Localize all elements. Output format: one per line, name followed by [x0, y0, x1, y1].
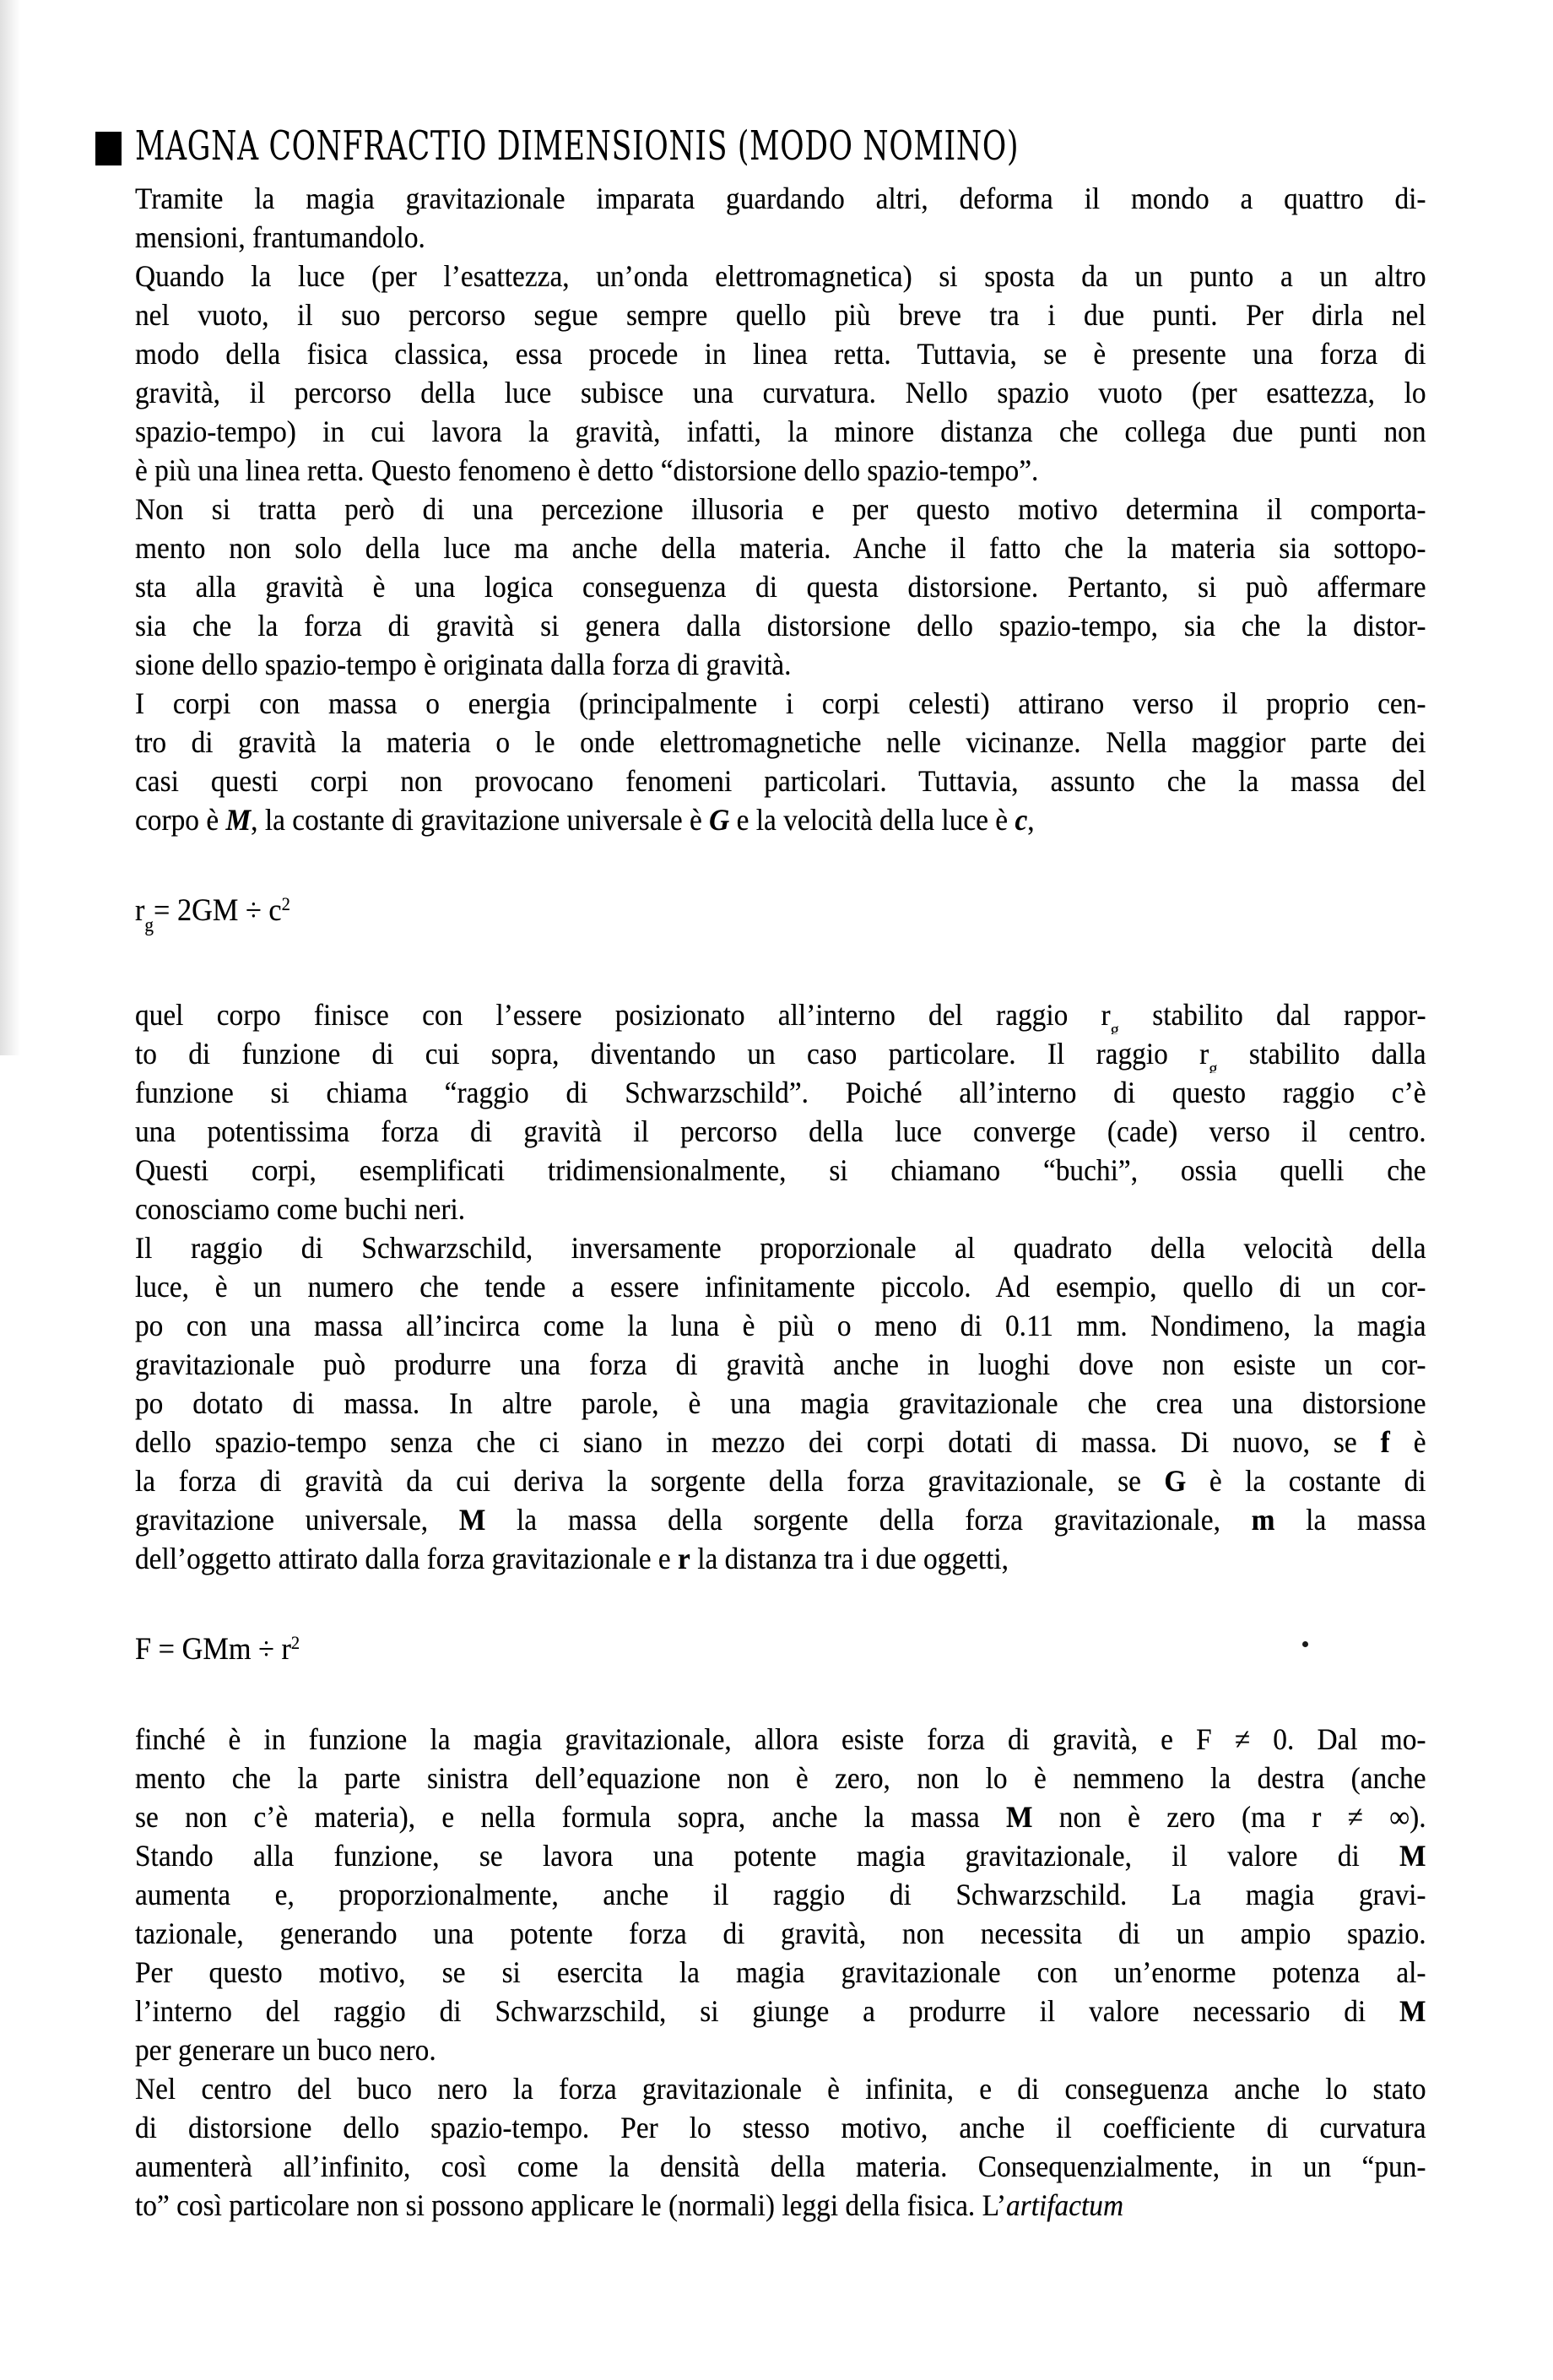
text-segment: sione dello spazio-tempo è originata dal…	[135, 648, 791, 681]
text-segment: tro di gravità la materia o le onde elet…	[135, 725, 1426, 759]
text-segment: mento che la parte sinistra dell’equazio…	[135, 1761, 1426, 1795]
text-segment: stabilito dalla	[1218, 1037, 1426, 1071]
text-line: corpo è M, la costante di gravitazione u…	[135, 800, 1426, 839]
text-segment: conosciamo come buchi neri.	[135, 1192, 465, 1226]
text-segment: sta alla gravità è una logica conseguenz…	[135, 570, 1426, 604]
text-segment: sia che la forza di gravità si genera da…	[135, 609, 1426, 642]
text-segment: Stando alla funzione, se lavora una pote…	[135, 1839, 1399, 1873]
styled-text-segment: 2	[282, 893, 290, 914]
text-segment: l’interno del raggio di Schwarzschild, s…	[135, 1994, 1399, 2028]
styled-text-segment: m	[1252, 1503, 1275, 1537]
styled-text-segment: g	[144, 914, 154, 935]
text-line: tro di gravità la materia o le onde elet…	[135, 723, 1426, 762]
text-line: mensioni, frantumandolo.	[135, 218, 1426, 257]
formula: rg= 2GM ÷ c2	[135, 885, 1426, 945]
paragraph: Tramite la magia gravitazionale imparata…	[135, 179, 1426, 257]
text-line: casi questi corpi non provocano fenomeni…	[135, 762, 1426, 800]
text-segment: po con una massa all’incirca come la lun…	[135, 1309, 1426, 1342]
text-line: la forza di gravità da cui deriva la sor…	[135, 1461, 1426, 1500]
text-segment: Nel centro del buco nero la forza gravit…	[135, 2072, 1426, 2106]
text-line: po con una massa all’incirca come la lun…	[135, 1306, 1426, 1345]
text-segment: è	[1390, 1425, 1426, 1459]
text-line: Questi corpi, esemplificati tridimension…	[135, 1151, 1426, 1190]
text-line: Il raggio di Schwarzschild, inversamente…	[135, 1228, 1426, 1267]
text-line: conosciamo come buchi neri.	[135, 1190, 1426, 1228]
scan-speckle	[1302, 1641, 1308, 1647]
paragraph: Quando la luce (per l’esattezza, un’onda…	[135, 257, 1426, 490]
styled-text-segment: f	[1381, 1425, 1390, 1459]
text-segment: modo della fisica classica, essa procede…	[135, 337, 1426, 371]
text-line: è più una linea retta. Questo fenomeno è…	[135, 451, 1426, 490]
styled-text-segment: g	[1111, 1018, 1119, 1034]
text-line: sione dello spazio-tempo è originata dal…	[135, 645, 1426, 684]
text-line: aumenterà all’infinito, così come la den…	[135, 2147, 1426, 2186]
styled-text-segment: c	[1015, 803, 1027, 837]
styled-text-segment: g	[1209, 1057, 1217, 1073]
text-line: dell’oggetto attirato dalla forza gravit…	[135, 1539, 1426, 1578]
text-line: dello spazio-tempo senza che ci siano in…	[135, 1423, 1426, 1461]
text-line: per generare un buco nero.	[135, 2030, 1426, 2069]
text-line: to” così particolare non si possono appl…	[135, 2186, 1426, 2225]
text-line: gravità, il percorso della luce subisce …	[135, 373, 1426, 412]
text-line: aumenta e, proporzionalmente, anche il r…	[135, 1875, 1426, 1914]
text-line: funzione si chiama “raggio di Schwarzsch…	[135, 1073, 1426, 1112]
text-line: mento che la parte sinistra dell’equazio…	[135, 1759, 1426, 1797]
text-line: l’interno del raggio di Schwarzschild, s…	[135, 1992, 1426, 2030]
text-segment: è la costante di	[1186, 1464, 1426, 1498]
text-line: po dotato di massa. In altre parole, è u…	[135, 1384, 1426, 1423]
text-segment: quel corpo finisce con l’essere posizion…	[135, 998, 1111, 1032]
styled-text-segment: artifactum	[1006, 2188, 1123, 2222]
text-line: di distorsione dello spazio-tempo. Per l…	[135, 2108, 1426, 2147]
text-segment: I corpi con massa o energia (principalme…	[135, 686, 1426, 720]
text-line: sta alla gravità è una logica conseguenz…	[135, 567, 1426, 606]
text-line: finché è in funzione la magia gravitazio…	[135, 1720, 1426, 1759]
text-line: Nel centro del buco nero la forza gravit…	[135, 2069, 1426, 2108]
text-segment: Quando la luce (per l’esattezza, un’onda…	[135, 259, 1426, 293]
paragraph: Nel centro del buco nero la forza gravit…	[135, 2069, 1426, 2225]
text-line: to di funzione di cui sopra, diventando …	[135, 1034, 1426, 1073]
text-segment: dello spazio-tempo senza che ci siano in…	[135, 1425, 1381, 1459]
text-line: Tramite la magia gravitazionale imparata…	[135, 179, 1426, 218]
paragraph: Il raggio di Schwarzschild, inversamente…	[135, 1228, 1426, 1578]
text-line: Quando la luce (per l’esattezza, un’onda…	[135, 257, 1426, 295]
text-segment: F = GMm ÷ r	[135, 1632, 291, 1667]
styled-text-segment: G	[1164, 1464, 1186, 1498]
text-line: I corpi con massa o energia (principalme…	[135, 684, 1426, 723]
text-segment: spazio-tempo) in cui lavora la gravità, …	[135, 415, 1426, 448]
text-segment: tazionale, generando una potente forza d…	[135, 1916, 1426, 1950]
text-segment: r	[135, 893, 144, 928]
paragraph: I corpi con massa o energia (principalme…	[135, 684, 1426, 839]
text-segment: è più una linea retta. Questo fenomeno è…	[135, 453, 1038, 487]
text-segment: gravitazionale può produrre una forza di…	[135, 1347, 1426, 1381]
styled-text-segment: G	[709, 803, 729, 837]
styled-text-segment: M	[1399, 1839, 1426, 1873]
text-segment: = 2GM ÷ c	[154, 893, 282, 928]
text-segment: dell’oggetto attirato dalla forza gravit…	[135, 1542, 678, 1575]
styled-text-segment: M	[225, 803, 251, 837]
text-line: Non si tratta però di una percezione ill…	[135, 490, 1426, 529]
book-page: MAGNA CONFRACTIO DIMENSIONIS (MODO NOMIN…	[0, 0, 1553, 2380]
body-text: Tramite la magia gravitazionale imparata…	[135, 179, 1426, 2225]
text-line: quel corpo finisce con l’essere posizion…	[135, 995, 1426, 1034]
section-title: MAGNA CONFRACTIO DIMENSIONIS (MODO NOMIN…	[135, 123, 1065, 169]
styled-text-segment: M	[1006, 1800, 1033, 1834]
text-line: nel vuoto, il suo percorso segue sempre …	[135, 295, 1426, 334]
text-segment: e la velocità della luce è	[729, 803, 1015, 837]
text-segment: funzione si chiama “raggio di Schwarzsch…	[135, 1076, 1426, 1109]
styled-text-segment: r	[678, 1542, 690, 1575]
text-line: Per questo motivo, se si esercita la mag…	[135, 1953, 1426, 1992]
text-segment: mensioni, frantumandolo.	[135, 220, 425, 254]
text-line: modo della fisica classica, essa procede…	[135, 334, 1426, 373]
text-segment: la distanza tra i due oggetti,	[690, 1542, 1009, 1575]
text-segment: po dotato di massa. In altre parole, è u…	[135, 1386, 1426, 1420]
text-segment: stabilito dal rappor-	[1119, 998, 1426, 1032]
text-segment: to di funzione di cui sopra, diventando …	[135, 1037, 1209, 1071]
text-segment: aumenterà all’infinito, così come la den…	[135, 2150, 1426, 2183]
text-segment: gravitazione universale,	[135, 1503, 459, 1537]
text-segment: la forza di gravità da cui deriva la sor…	[135, 1464, 1164, 1498]
text-segment: aumenta e, proporzionalmente, anche il r…	[135, 1878, 1426, 1911]
text-line: una potentissima forza di gravità il per…	[135, 1112, 1426, 1151]
text-segment: per generare un buco nero.	[135, 2033, 436, 2067]
text-segment: luce, è un numero che tende a essere inf…	[135, 1270, 1426, 1304]
section-header: MAGNA CONFRACTIO DIMENSIONIS (MODO NOMIN…	[135, 123, 1426, 169]
text-segment: di distorsione dello spazio-tempo. Per l…	[135, 2111, 1426, 2144]
text-segment: se non c’è materia), e nella formula sop…	[135, 1800, 1006, 1834]
text-segment: casi questi corpi non provocano fenomeni…	[135, 764, 1426, 798]
text-segment: corpo è	[135, 803, 225, 837]
paragraph: quel corpo finisce con l’essere posizion…	[135, 995, 1426, 1228]
text-segment: nel vuoto, il suo percorso segue sempre …	[135, 298, 1426, 332]
text-line: mento non solo della luce ma anche della…	[135, 529, 1426, 567]
text-segment: mento non solo della luce ma anche della…	[135, 531, 1426, 565]
styled-text-segment: M	[459, 1503, 486, 1537]
paragraph: Non si tratta però di una percezione ill…	[135, 490, 1426, 684]
text-line: tazionale, generando una potente forza d…	[135, 1914, 1426, 1953]
text-segment: finché è in funzione la magia gravitazio…	[135, 1722, 1426, 1756]
styled-text-segment: 2	[291, 1632, 300, 1653]
text-line: gravitazione universale, M la massa dell…	[135, 1500, 1426, 1539]
formula: F = GMm ÷ r2	[135, 1624, 1426, 1669]
text-segment: una potentissima forza di gravità il per…	[135, 1114, 1426, 1148]
text-segment: , la costante di gravitazione universale…	[251, 803, 709, 837]
text-line: luce, è un numero che tende a essere inf…	[135, 1267, 1426, 1306]
text-segment: non è zero (ma r ≠ ∞).	[1032, 1800, 1426, 1834]
text-line: Stando alla funzione, se lavora una pote…	[135, 1836, 1426, 1875]
text-segment: gravità, il percorso della luce subisce …	[135, 376, 1426, 409]
text-segment: Tramite la magia gravitazionale imparata…	[135, 182, 1426, 215]
text-line: gravitazionale può produrre una forza di…	[135, 1345, 1426, 1384]
styled-text-segment: M	[1399, 1994, 1426, 2028]
paragraph: finché è in funzione la magia gravitazio…	[135, 1720, 1426, 2069]
text-line: spazio-tempo) in cui lavora la gravità, …	[135, 412, 1426, 451]
text-segment: Questi corpi, esemplificati tridimension…	[135, 1153, 1426, 1187]
text-line: se non c’è materia), e nella formula sop…	[135, 1797, 1426, 1836]
text-segment: to” così particolare non si possono appl…	[135, 2188, 1006, 2222]
text-segment: ,	[1027, 803, 1034, 837]
text-segment: Non si tratta però di una percezione ill…	[135, 492, 1426, 526]
text-segment: la massa	[1274, 1503, 1426, 1537]
section-bullet-icon	[95, 132, 122, 165]
text-segment: la massa della sorgente della forza grav…	[485, 1503, 1251, 1537]
text-segment: Per questo motivo, se si esercita la mag…	[135, 1955, 1426, 1989]
text-line: sia che la forza di gravità si genera da…	[135, 606, 1426, 645]
text-segment: Il raggio di Schwarzschild, inversamente…	[135, 1231, 1426, 1265]
